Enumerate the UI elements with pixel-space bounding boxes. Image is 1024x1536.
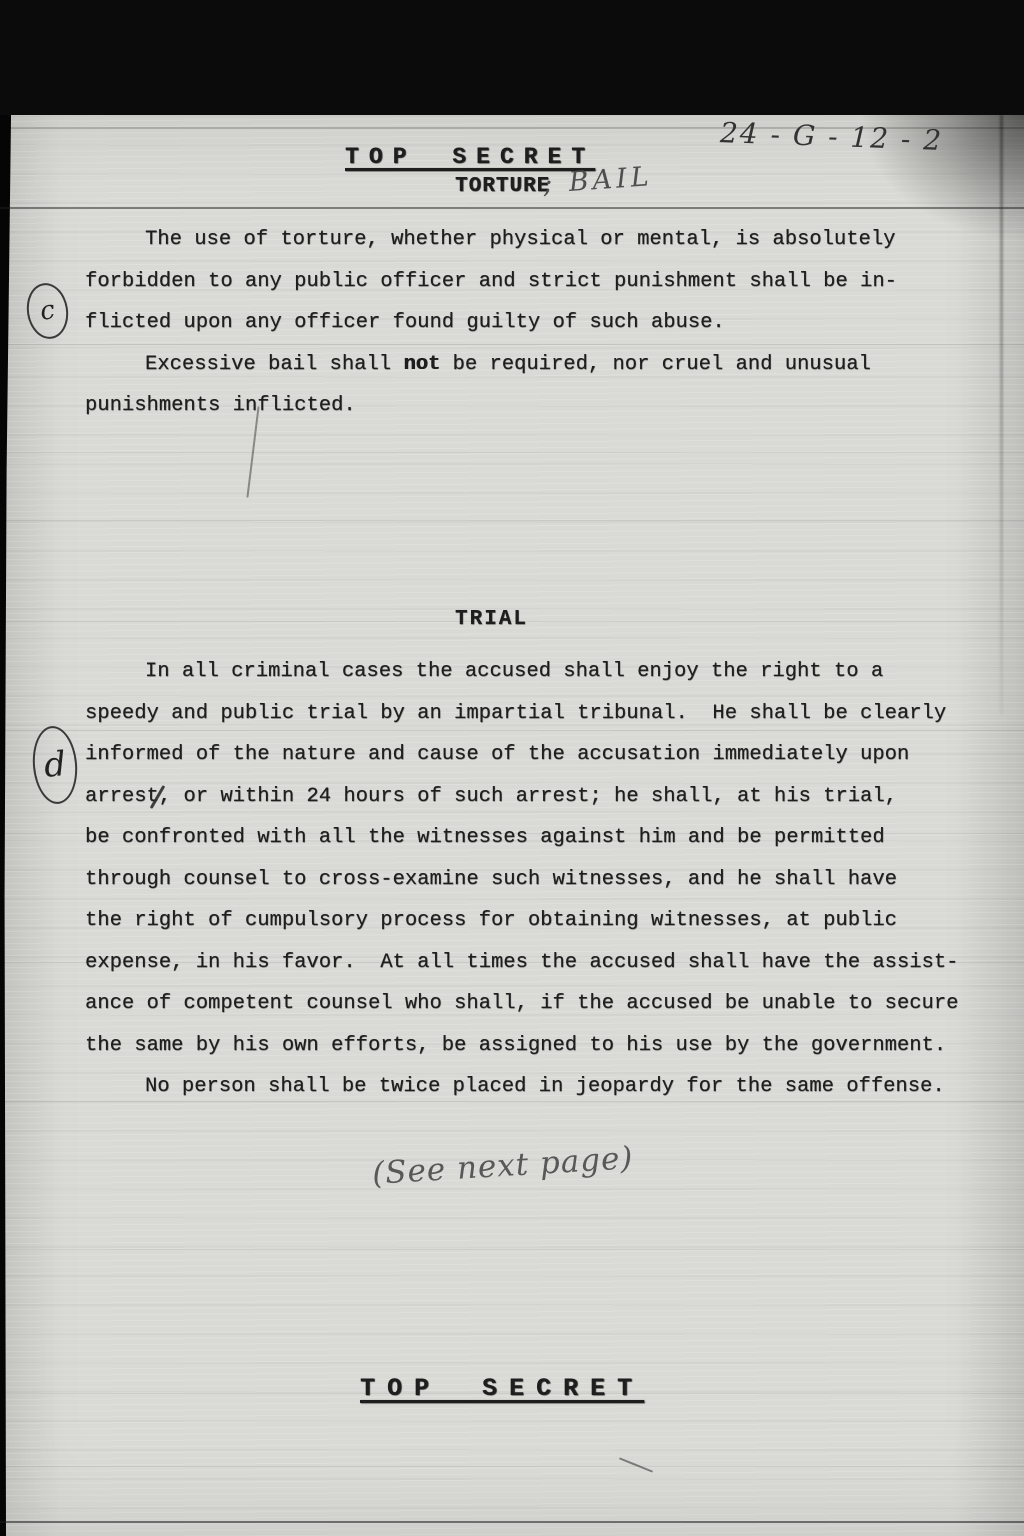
typed-line: punishments inflicted. bbox=[85, 385, 985, 427]
scan-streak bbox=[0, 520, 1024, 521]
scan-streak bbox=[0, 1466, 1024, 1467]
typed-line: through counsel to cross-examine such wi… bbox=[85, 859, 985, 901]
scanned-document-page: TOP SECRET 24 - G - 12 - 2 TORTURE ; BAI… bbox=[0, 0, 1024, 1536]
typed-line: ance of competent counsel who shall, if … bbox=[85, 983, 985, 1025]
trial-section-heading: TRIAL bbox=[455, 608, 528, 631]
paper-crease bbox=[1000, 115, 1003, 715]
typed-line: arrest, or within 24 hours of such arres… bbox=[85, 776, 985, 818]
typed-line: speedy and public trial by an impartial … bbox=[85, 693, 985, 735]
typed-line: expense, in his favor. At all times the … bbox=[85, 942, 985, 984]
scan-streak bbox=[0, 452, 1024, 453]
typed-line: informed of the nature and cause of the … bbox=[85, 734, 985, 776]
typed-line: forbidden to any public officer and stri… bbox=[85, 261, 985, 303]
typed-line: flicted upon any officer found guilty of… bbox=[85, 302, 985, 344]
typed-line: No person shall be twice placed in jeopa… bbox=[85, 1066, 985, 1108]
scan-rule-line bbox=[0, 207, 1024, 209]
torture-section-text: The use of torture, whether physical or … bbox=[85, 219, 985, 427]
scan-rule-line bbox=[0, 1521, 1024, 1523]
typed-line: The use of torture, whether physical or … bbox=[85, 219, 985, 261]
margin-letter: d bbox=[42, 744, 67, 786]
typed-line: the right of cumpulsory process for obta… bbox=[85, 900, 985, 942]
classification-header: TOP SECRET bbox=[345, 144, 595, 170]
margin-letter: c bbox=[38, 295, 57, 327]
typed-line: be confronted with all the witnesses aga… bbox=[85, 817, 985, 859]
classification-footer: TOP SECRET bbox=[360, 1374, 644, 1403]
typed-line: Excessive bail shall not be required, no… bbox=[85, 344, 985, 386]
trial-section-text: In all criminal cases the accused shall … bbox=[85, 651, 985, 1108]
typed-line: In all criminal cases the accused shall … bbox=[85, 651, 985, 693]
scan-streak bbox=[0, 1249, 1024, 1250]
document-subject: TORTURE bbox=[455, 175, 550, 198]
typed-line: the same by his own efforts, be assigned… bbox=[85, 1025, 985, 1067]
